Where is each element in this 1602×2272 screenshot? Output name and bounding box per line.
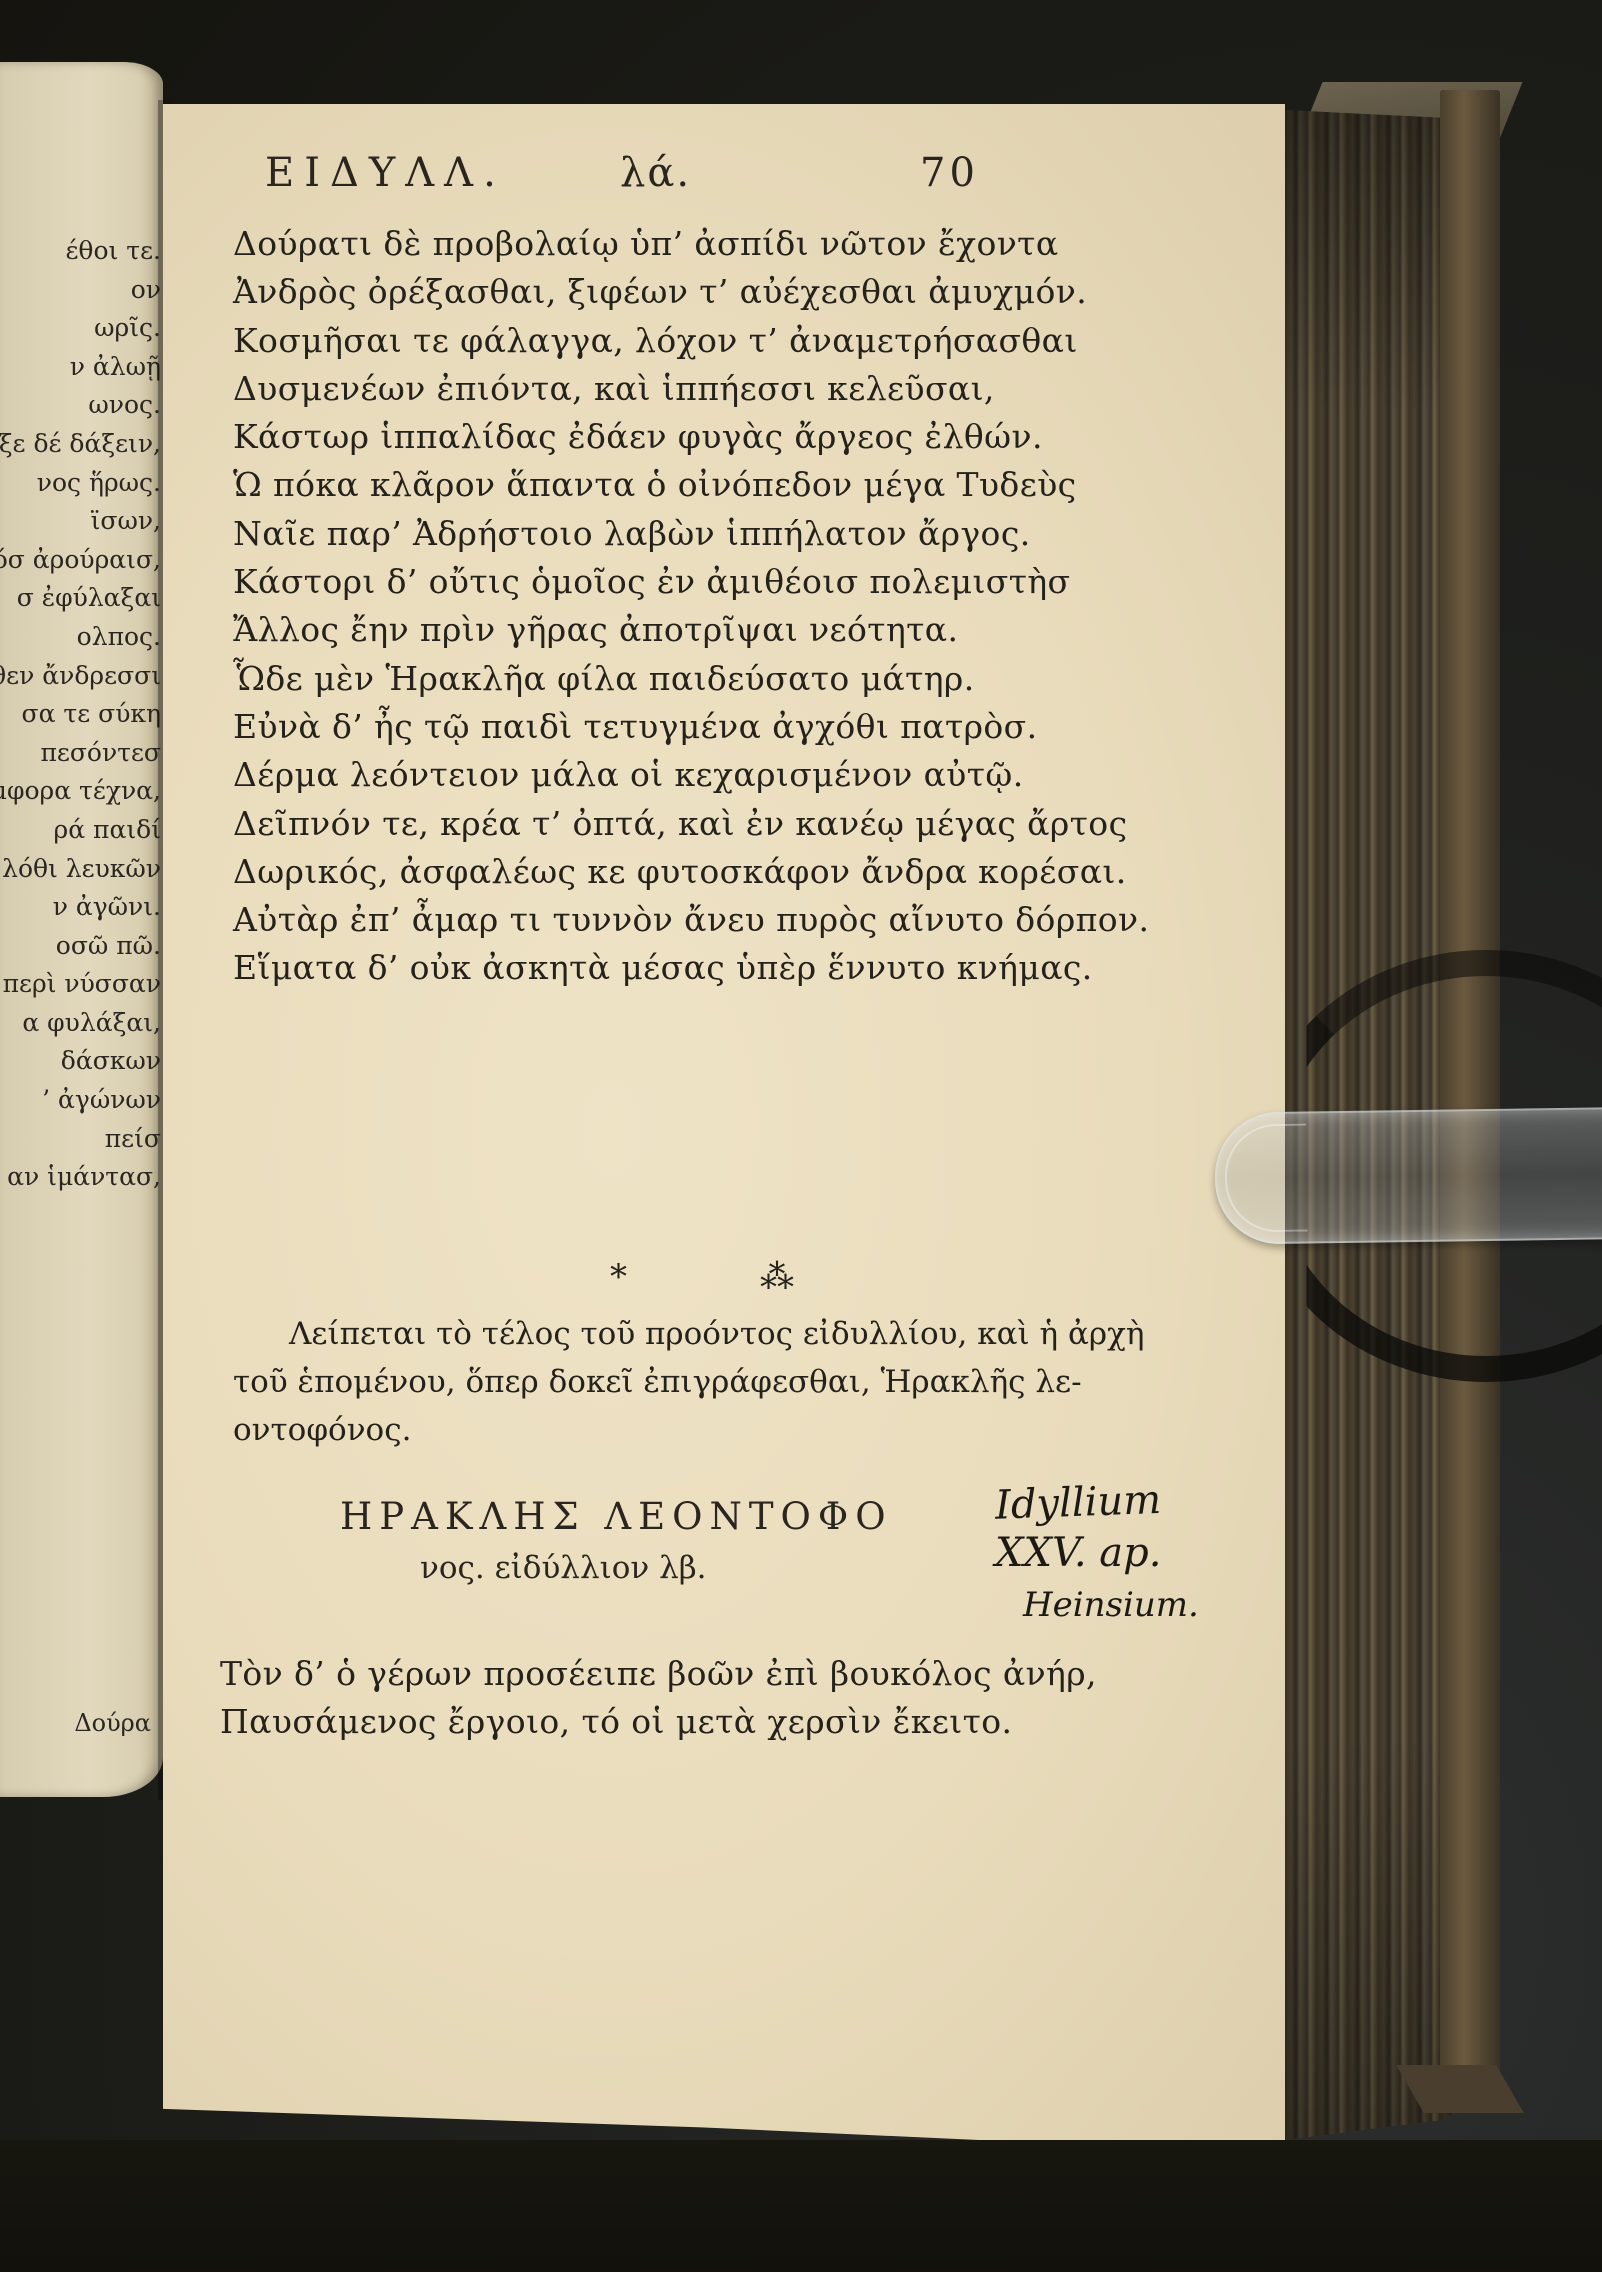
verse-line: Ὧδε μὲν Ἡρακλῆα φίλα παιδεύσατο μάτηρ. — [233, 655, 1133, 703]
opening-verses: Τὸν δ’ ὁ γέρων προσέειπε βοῶν ἐπὶ βουκόλ… — [220, 1650, 1120, 1747]
poem-title: ΗΡΑΚΛΗΣ ΛΕΟΝΤΟΦΟ — [340, 1495, 893, 1538]
left-line: ολπος. — [0, 618, 163, 657]
left-line: νος ἥρως. — [0, 464, 163, 503]
verse-line: Δέρμα λεόντειον μάλα οἱ κεχαρισμένον αὐτ… — [233, 751, 1133, 799]
verse-line: Ναῖε παρ’ Ἀδρήστοιο λαβὼν ἱππήλατον ἄργο… — [233, 510, 1133, 558]
verse-line: Κάστορι δ’ οὔτις ὁμοῖος ἐν ἀμιθέοισ πολε… — [233, 558, 1133, 606]
glass-page-weight — [1214, 1107, 1602, 1245]
left-line: ν ἀλωῇ — [0, 348, 163, 387]
left-line: όθεν ἄνδρεσσι — [0, 657, 163, 696]
left-line: περὶ νύσσαν — [0, 965, 163, 1004]
running-head-title: ΕΙΔΥΛΛ. — [265, 150, 506, 196]
verse-line: Ὡ πόκα κλᾶρον ἅπαντα ὁ οἰνόπεδον μέγα Τυ… — [233, 461, 1133, 509]
argument-line: οντοφόνος. — [233, 1406, 1113, 1454]
poem-subtitle: νος. εἰδύλλιον λβ. — [420, 1550, 707, 1586]
left-line: ον — [0, 271, 163, 310]
left-page-text: έθοι τε. ον ωρῖς. ν ἀλωῇ ωνος. δξε δέ δά… — [0, 232, 163, 1197]
verse-line: Δυσμενέων ἐπιόντα, καὶ ἱππήεσσι κελεῦσαι… — [233, 365, 1133, 413]
left-page-catchword: Δούρα — [74, 1709, 151, 1737]
handnote-line: Heinsium. — [995, 1579, 1265, 1631]
handnote-line: XXV. ap. — [995, 1527, 1265, 1579]
verse-line: Ἀνδρὸς ὀρέξασθαι, ξιφέων τ’ αὐέχεσθαι ἀμ… — [233, 268, 1133, 316]
left-line: ωνος. — [0, 386, 163, 425]
left-line: ν ἀγῶνι. — [0, 888, 163, 927]
verse-line: Δωρικός, ἀσφαλέως κε φυτοσκάφον ἄνδρα κο… — [233, 848, 1133, 896]
left-line: μφορα τέχνα, — [0, 772, 163, 811]
left-line: πείσ — [0, 1120, 163, 1159]
left-page: έθοι τε. ον ωρῖς. ν ἀλωῇ ωνος. δξε δέ δά… — [0, 62, 163, 1797]
handnote-line: Idyllium — [994, 1470, 1266, 1531]
asterism-icon: ⁂ — [760, 1257, 794, 1297]
running-head-idyll-number: λά. — [620, 150, 691, 196]
left-line: οσῶ πῶ. — [0, 927, 163, 966]
bottom-shadow — [0, 2140, 1602, 2272]
verse-line: Δούρατι δὲ προβολαίῳ ὑπ’ ἀσπίδι νῶτον ἔχ… — [233, 220, 1133, 268]
verse-line: Κοσμῆσαι τε φάλαγγα, λόχον τ’ ἀναμετρήσα… — [233, 317, 1133, 365]
verse-line: Ἄλλος ἔην πρὶν γῆρας ἀποτρῖψαι νεότητα. — [233, 606, 1133, 654]
left-line: αν ἱμάντασ, — [0, 1158, 163, 1197]
verse-line: Εἵματα δ’ οὐκ ἀσκητὰ μέσας ὑπὲρ ἕννυτο κ… — [233, 944, 1133, 992]
left-line: λόθι λευκῶν — [0, 850, 163, 889]
verse-block: Δούρατι δὲ προβολαίῳ ὑπ’ ἀσπίδι νῶτον ἔχ… — [233, 220, 1133, 993]
argument-line: τοῦ ἑπομένου, ὅπερ δοκεῖ ἐπιγράφεσθαι, Ἡ… — [233, 1358, 1113, 1406]
left-line: πεσόντεσ — [0, 734, 163, 773]
left-line: α φυλάξαι, — [0, 1004, 163, 1043]
left-line: ωρῖς. — [0, 309, 163, 348]
verse-line: Παυσάμενος ἔργοιο, τό οἱ μετὰ χερσὶν ἔκε… — [220, 1698, 1120, 1746]
left-line: ’ ἀγώνων — [0, 1081, 163, 1120]
verse-line: Εὐνὰ δ’ ἦς τῷ παιδὶ τετυγμένα ἀγχόθι πατ… — [233, 703, 1133, 751]
left-line: ϊσων, — [0, 502, 163, 541]
verse-line: Κάστωρ ἱππαλίδας ἐδάεν φυγὰς ἄργεος ἐλθώ… — [233, 413, 1133, 461]
argument-note: Λείπεται τὸ τέλος τοῦ προόντος εἰδυλλίου… — [233, 1310, 1113, 1454]
running-head: ΕΙΔΥΛΛ. λά. 70 — [265, 150, 1045, 200]
verse-line: Δεῖπνόν τε, κρέα τ’ ὀπτά, καὶ ἐν κανέῳ μ… — [233, 800, 1133, 848]
page-number: 70 — [920, 150, 979, 196]
left-line: έθοι τε. — [0, 232, 163, 271]
glass-weight-bevel — [1224, 1124, 1307, 1233]
left-line: ιόσ ἀρούραισ, — [0, 541, 163, 580]
verse-line: Τὸν δ’ ὁ γέρων προσέειπε βοῶν ἐπὶ βουκόλ… — [220, 1650, 1120, 1698]
left-line: σ ἐφύλαξαι — [0, 579, 163, 618]
left-line: δξε δέ δάξειν, — [0, 425, 163, 464]
verse-line: Αὐτὰρ ἐπ’ ἆμαρ τι τυννὸν ἄνευ πυρὸς αἴνυ… — [233, 896, 1133, 944]
handwritten-marginal-note: Idyllium XXV. ap. Heinsium. — [995, 1475, 1265, 1631]
left-line: δάσκων — [0, 1042, 163, 1081]
argument-line: Λείπεται τὸ τέλος τοῦ προόντος εἰδυλλίου… — [233, 1310, 1113, 1358]
left-line: σα τε σύκη — [0, 695, 163, 734]
asterisk-icon: * — [610, 1257, 627, 1297]
left-line: ρά παιδί — [0, 811, 163, 850]
